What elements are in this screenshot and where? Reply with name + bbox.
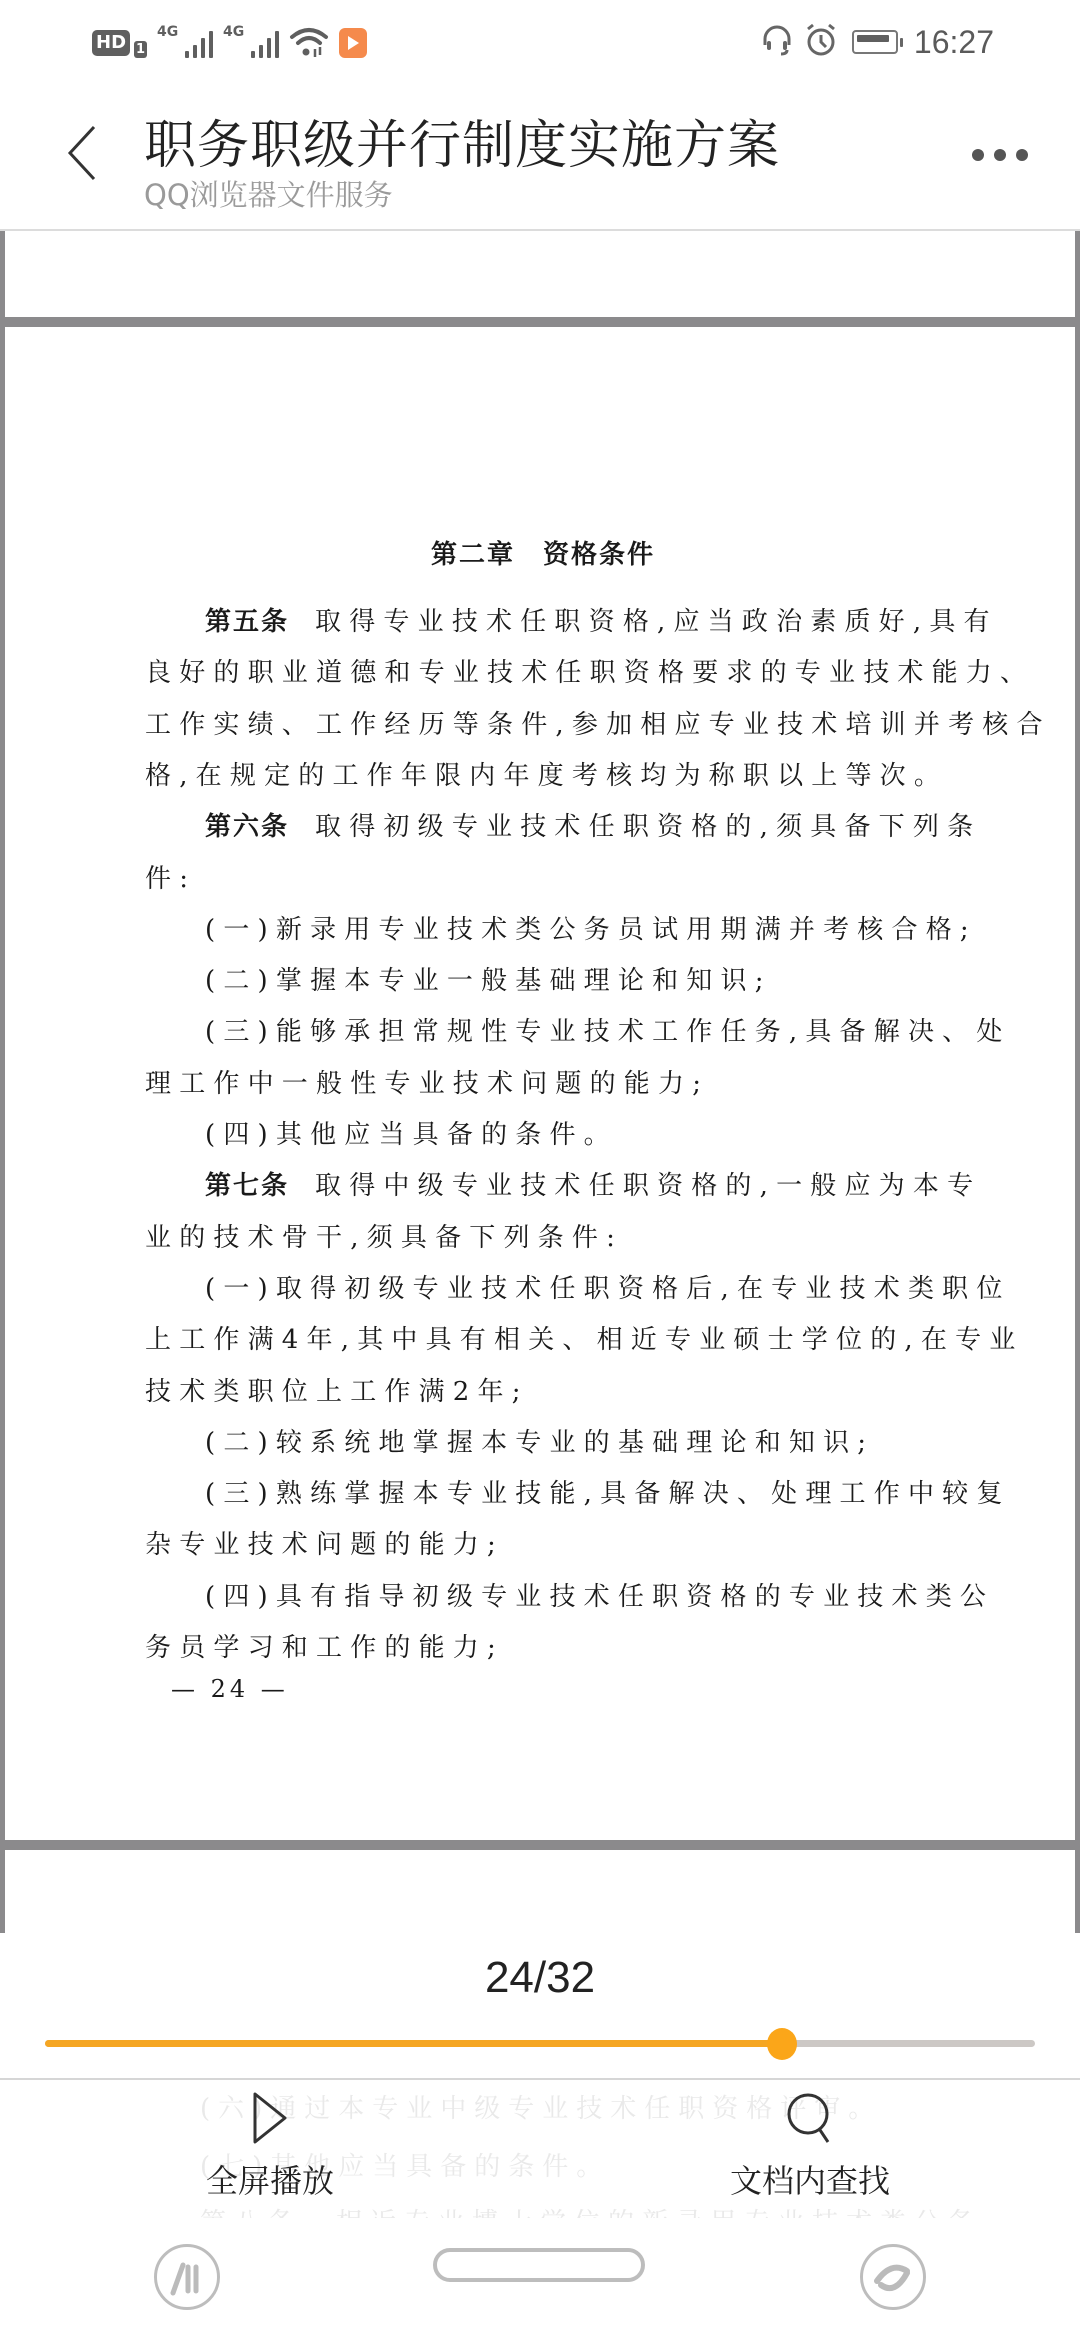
line-text: 业的技术骨干,须具备下列条件: (145, 1223, 623, 1253)
slider-thumb[interactable] (767, 2028, 797, 2060)
headset-icon (760, 23, 794, 61)
status-bar: HD 1 4G 4G 16:27 (0, 0, 1080, 85)
line-text: 工作实绩、工作经历等条件,参加相应专业技术培训并考核合 (145, 710, 1051, 740)
page-navigator: 24/32 (0, 1933, 1080, 2078)
slider-progress (45, 2040, 782, 2047)
app-header: 职务职级并行制度实施方案 QQ浏览器文件服务 (0, 85, 1080, 231)
status-right: 16:27 (760, 18, 1080, 66)
line-text: 上工作满4年,其中具有相关、相近专业硕士学位的,在专业 (145, 1325, 1023, 1355)
bottom-toolbar: (六)通过本专业中级专业技术任职资格评审。 (七)其他应当具备的条件。 第八条 … (0, 2078, 1080, 2220)
line-text: (三)熟练掌握本专业技能,具备解决、处理工作中较复 (205, 1479, 1011, 1509)
document-source: QQ浏览器文件服务 (144, 173, 393, 214)
alarm-icon (804, 23, 838, 61)
article-label: 第五条 (205, 607, 289, 637)
line-text: (二)较系统地掌握本专业的基础理论和知识; (205, 1428, 874, 1458)
line-text: 取得初级专业技术任职资格的,须具备下列条 (315, 812, 981, 842)
line-text: 务员学习和工作的能力; (145, 1633, 504, 1663)
battery-icon (852, 30, 898, 54)
clock: 16:27 (914, 24, 994, 61)
document-line: 第七条取得中级专业技术任职资格的,一般应为本专 (205, 1165, 981, 1202)
more-dots-icon (972, 149, 984, 161)
page-counter: 24/32 (0, 1953, 1080, 2003)
document-title: 职务职级并行制度实施方案 (144, 103, 780, 178)
document-line: 第五条取得专业技术任职资格,应当政治素质好,具有 (205, 601, 998, 638)
more-dots-icon (1016, 149, 1028, 161)
search-icon (784, 2090, 836, 2146)
line-text: (一)取得初级专业技术任职资格后,在专业技术类职位 (205, 1274, 1011, 1304)
article-label: 第六条 (205, 812, 289, 842)
line-text: (四)具有指导初级专业技术任职资格的专业技术类公 (205, 1582, 994, 1612)
line-text: (二)掌握本专业一般基础理论和知识; (205, 966, 772, 996)
document-line: 工作实绩、工作经历等条件,参加相应专业技术培训并考核合 (145, 704, 1051, 741)
document-line: (四)其他应当具备的条件。 (205, 1114, 618, 1151)
app-shortcut-icon (157, 2247, 217, 2307)
page-slider[interactable] (45, 2036, 1035, 2050)
line-text: (三)能够承担常规性专业技术工作任务,具备解决、处 (205, 1017, 1011, 1047)
line-text: 格,在规定的工作年限内年度考核均为称职以上等次。 (145, 761, 948, 791)
document-line: 务员学习和工作的能力; (145, 1627, 504, 1664)
eye-protect-icon (863, 2247, 923, 2307)
document-line: 业的技术骨干,须具备下列条件: (145, 1217, 623, 1254)
back-button[interactable] (62, 123, 102, 183)
document-line: (二)较系统地掌握本专业的基础理论和知识; (205, 1422, 874, 1459)
find-in-document-label: 文档内查找 (715, 2156, 905, 2202)
system-nav-bar (0, 2218, 1080, 2340)
more-dots-icon (994, 149, 1006, 161)
document-viewer[interactable]: 第二章 资格条件 第五条取得专业技术任职资格,应当政治素质好,具有良好的职业道德… (0, 231, 1080, 1933)
document-line: 件: (145, 858, 196, 895)
wifi-icon (289, 25, 329, 61)
document-line: (三)熟练掌握本专业技能,具备解决、处理工作中较复 (205, 1473, 1011, 1510)
status-left: HD 1 4G 4G (92, 26, 367, 60)
line-text: (四)其他应当具备的条件。 (205, 1120, 618, 1150)
line-text: 良好的职业道德和专业技术任职资格要求的专业技术能力、 (145, 658, 1034, 688)
line-text: 取得专业技术任职资格,应当政治素质好,具有 (315, 607, 998, 637)
more-options-button[interactable] (972, 149, 1028, 161)
line-text: (一)新录用专业技术类公务员试用期满并考核合格; (205, 915, 977, 945)
article-label: 第七条 (205, 1171, 289, 1201)
line-text: 技术类职位上工作满2年; (145, 1377, 529, 1407)
document-line: (二)掌握本专业一般基础理论和知识; (205, 960, 772, 997)
find-in-document-button[interactable]: 文档内查找 (715, 2090, 905, 2202)
document-line: (四)具有指导初级专业技术任职资格的专业技术类公 (205, 1576, 994, 1613)
network-type-label: 4G (157, 24, 178, 40)
sim-icon: 1 (134, 41, 147, 58)
page-number: — 24 — (171, 1675, 289, 1703)
home-button[interactable] (433, 2248, 645, 2282)
document-line: (一)取得初级专业技术任职资格后,在专业技术类职位 (205, 1268, 1011, 1305)
app-shortcut-button[interactable] (154, 2244, 220, 2310)
fullscreen-play-label: 全屏播放 (195, 2156, 345, 2202)
eye-protect-button[interactable] (860, 2244, 926, 2310)
chapter-heading: 第二章 资格条件 (145, 534, 941, 571)
app-notification-icon (339, 28, 367, 58)
document-line: 技术类职位上工作满2年; (145, 1371, 529, 1408)
fullscreen-play-button[interactable]: 全屏播放 (195, 2090, 345, 2202)
document-page-next (5, 1850, 1075, 1933)
line-text: 理工作中一般性专业技术问题的能力; (145, 1069, 709, 1099)
document-line: 格,在规定的工作年限内年度考核均为称职以上等次。 (145, 755, 948, 792)
line-text: 取得中级专业技术任职资格的,一般应为本专 (315, 1171, 981, 1201)
network-type-label: 4G (223, 24, 244, 40)
line-text: 件: (145, 864, 196, 894)
document-page-previous (5, 231, 1075, 317)
document-line: (三)能够承担常规性专业技术工作任务,具备解决、处 (205, 1011, 1011, 1048)
document-page-current: 第二章 资格条件 第五条取得专业技术任职资格,应当政治素质好,具有良好的职业道德… (5, 327, 1075, 1840)
document-line: 良好的职业道德和专业技术任职资格要求的专业技术能力、 (145, 652, 1034, 689)
signal-icon: 4G (157, 28, 213, 58)
chevron-left-icon (62, 123, 102, 183)
signal-icon: 4G (223, 28, 279, 58)
document-line: 上工作满4年,其中具有相关、相近专业硕士学位的,在专业 (145, 1319, 1023, 1356)
document-line: 第六条取得初级专业技术任职资格的,须具备下列条 (205, 806, 981, 843)
line-text: 杂专业技术问题的能力; (145, 1530, 504, 1560)
document-line: 理工作中一般性专业技术问题的能力; (145, 1063, 709, 1100)
document-line: 杂专业技术问题的能力; (145, 1524, 504, 1561)
document-line: (一)新录用专业技术类公务员试用期满并考核合格; (205, 909, 977, 946)
play-icon (247, 2090, 293, 2146)
hd-icon: HD (92, 30, 130, 56)
